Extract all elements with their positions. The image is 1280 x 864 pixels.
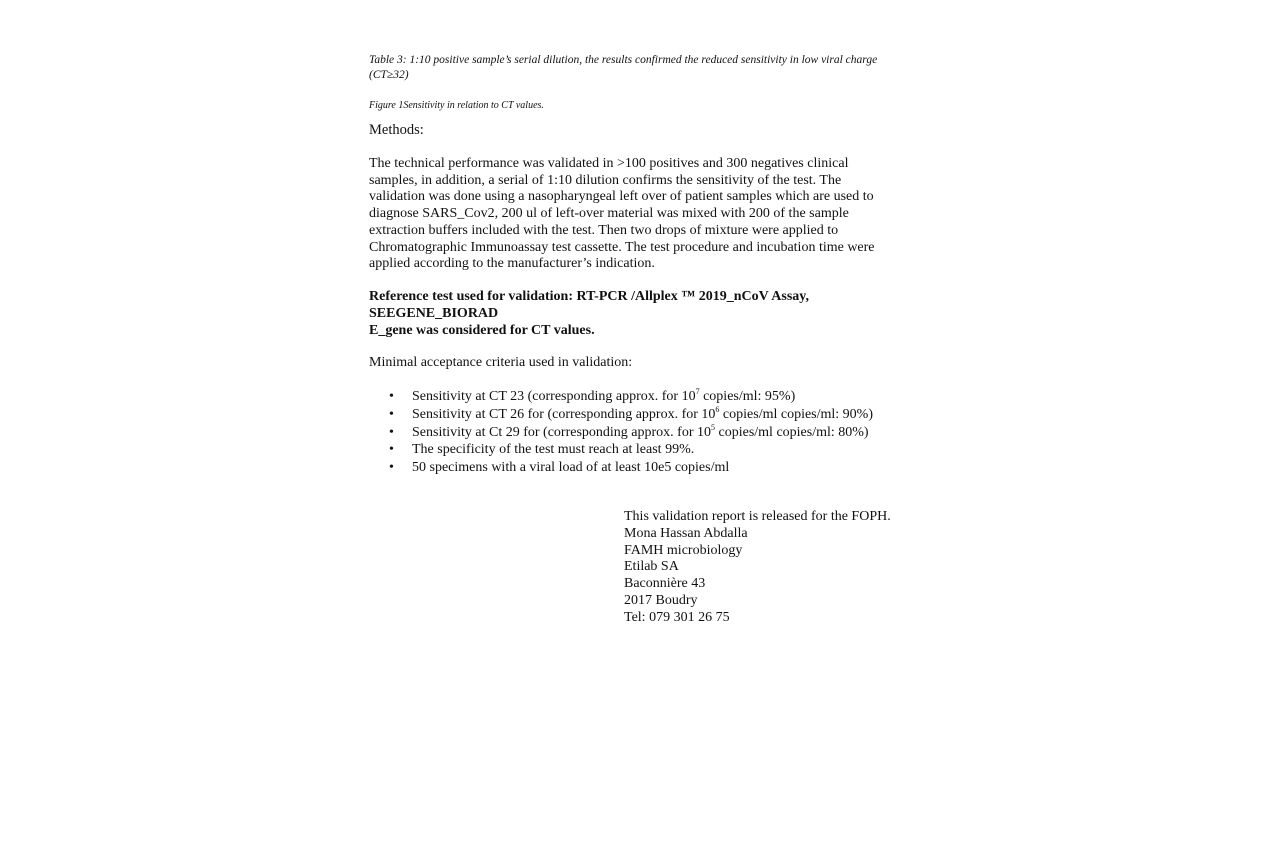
company-name: Etilab SA (624, 559, 891, 576)
criteria-text: Sensitivity at CT 23 (corresponding appr… (412, 389, 696, 404)
criteria-text-tail: copies/ml copies/ml: 80%) (715, 425, 869, 440)
list-item: •50 specimens with a viral load of at le… (369, 459, 873, 477)
signature-block: This validation report is released for t… (624, 509, 891, 627)
figure-caption: Figure 1Sensitivity in relation to CT va… (369, 98, 929, 113)
list-item: •The specificity of the test must reach … (369, 441, 873, 459)
paragraph-line: applied according to the manufacturer’s … (369, 256, 909, 273)
release-statement: This validation report is released for t… (624, 509, 891, 526)
criteria-text: Sensitivity at CT 26 for (corresponding … (412, 407, 715, 422)
bullet-icon: • (389, 424, 394, 442)
table-caption-line-1: Table 3: 1:10 positive sample’s serial d… (369, 53, 929, 68)
bullet-icon: • (389, 388, 394, 406)
reference-test-line-3: E_gene was considered for CT values. (369, 322, 809, 339)
address-city: 2017 Boudry (624, 593, 891, 610)
criteria-text-tail: copies/ml: 95%) (700, 389, 796, 404)
table-caption-line-2: (CT≥32) (369, 68, 929, 83)
criteria-intro: Minimal acceptance criteria used in vali… (369, 355, 632, 371)
criteria-text: 50 specimens with a viral load of at lea… (412, 460, 729, 475)
address-street: Baconnière 43 (624, 576, 891, 593)
signer-title: FAMH microbiology (624, 543, 891, 560)
paragraph-line: extraction buffers included with the tes… (369, 223, 909, 240)
reference-test-block: Reference test used for validation: RT-P… (369, 288, 809, 339)
bullet-icon: • (389, 441, 394, 459)
signer-name: Mona Hassan Abdalla (624, 526, 891, 543)
reference-test-line-2: SEEGENE_BIORAD (369, 305, 809, 322)
table-caption: Table 3: 1:10 positive sample’s serial d… (369, 53, 929, 83)
list-item: •Sensitivity at CT 26 for (corresponding… (369, 406, 873, 424)
criteria-text-tail: copies/ml copies/ml: 90%) (719, 407, 873, 422)
methods-heading: Methods: (369, 122, 424, 139)
paragraph-line: The technical performance was validated … (369, 156, 909, 173)
paragraph-line: validation was done using a nasopharynge… (369, 189, 909, 206)
criteria-list: •Sensitivity at CT 23 (corresponding app… (369, 388, 873, 477)
methods-paragraph: The technical performance was validated … (369, 156, 909, 273)
paragraph-line: samples, in addition, a serial of 1:10 d… (369, 173, 909, 190)
bullet-icon: • (389, 459, 394, 477)
reference-test-line-1: Reference test used for validation: RT-P… (369, 288, 809, 305)
phone-number: Tel: 079 301 26 75 (624, 610, 891, 627)
list-item: •Sensitivity at Ct 29 for (corresponding… (369, 424, 873, 442)
bullet-icon: • (389, 406, 394, 424)
paragraph-line: diagnose SARS_Cov2, 200 ul of left-over … (369, 206, 909, 223)
criteria-text: Sensitivity at Ct 29 for (corresponding … (412, 425, 711, 440)
criteria-text: The specificity of the test must reach a… (412, 442, 694, 457)
list-item: •Sensitivity at CT 23 (corresponding app… (369, 388, 873, 406)
paragraph-line: Chromatographic Immunoassay test cassett… (369, 240, 909, 257)
